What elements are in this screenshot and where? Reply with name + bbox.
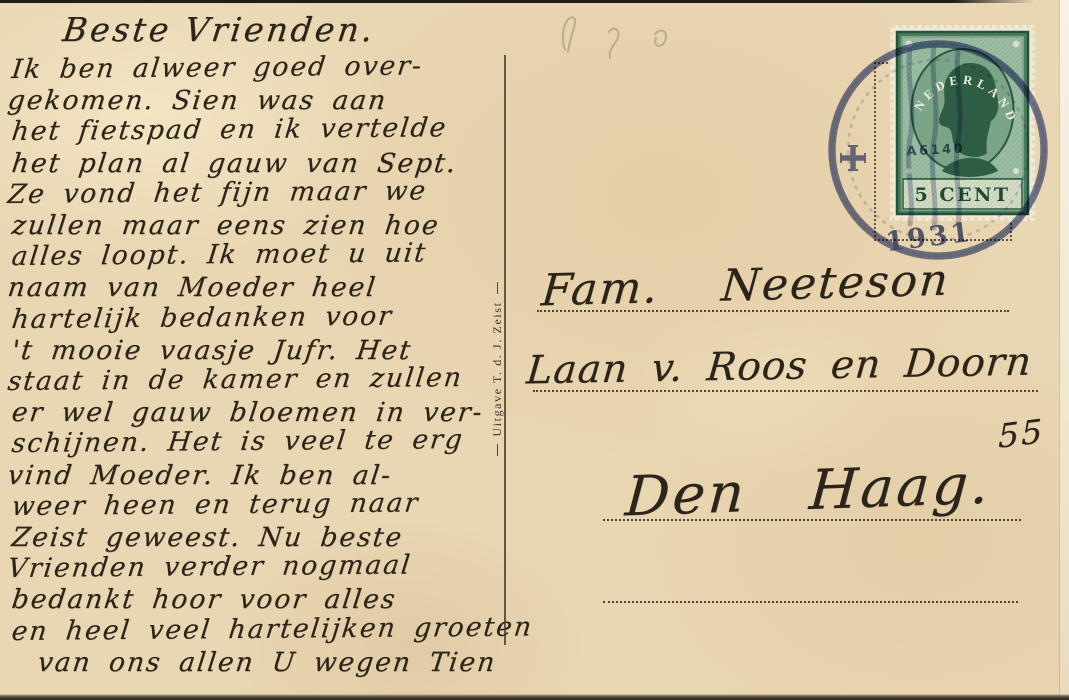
message-line: hartelijk bedanken voor (10, 299, 516, 335)
message-line: het fietspad en ik vertelde (10, 112, 516, 148)
card-bottom-edge-shadow (0, 694, 1069, 700)
imprint-end-dash (497, 444, 498, 456)
message-salutation: Beste Vrienden. (60, 6, 518, 54)
message-line: van ons allen U wegen Tien (36, 647, 516, 678)
message-line: vind Moeder. Ik ben al- (6, 460, 516, 491)
message-line: alles loopt. Ik moet u uit (10, 237, 516, 273)
postmark-overlay: A6140 1931 (818, 20, 1063, 272)
imprint-end-dash (497, 282, 498, 294)
address-house-number: 55 (998, 411, 1045, 455)
message-line: Ze vond het fijn maar we (6, 174, 516, 210)
message-line: en heel veel hartelijken groeten (10, 611, 516, 647)
postmark-cross-icon (841, 146, 865, 170)
address-city: Den Haag. (623, 452, 993, 529)
message-line: staat in de kamer en zullen (6, 362, 516, 398)
address-rule (603, 601, 1018, 603)
publisher-imprint-text: Uitgave T. d. J. Zeist (490, 301, 505, 436)
message-line: Vrienden verder nogmaal (6, 549, 516, 585)
address-street: Laan v. Roos en Doorn (525, 340, 1034, 394)
message-line: het plan al gauw van Sept. (10, 148, 516, 179)
message-line: weer heen en terug naar (10, 486, 516, 522)
message-line: Ik ben alweer goed over- (10, 50, 516, 86)
card-top-edge-shadow (0, 0, 1035, 3)
message-line: naam van Moeder heel (6, 272, 516, 303)
message-side: Beste Vrienden. Ik ben alweer goed over-… (10, 6, 512, 678)
message-line: bedankt hoor voor alles (10, 584, 516, 615)
pencil-scribble-mark (543, 6, 703, 64)
cancel-wavy-lines (909, 46, 961, 228)
publisher-imprint: Uitgave T. d. J. Zeist (489, 264, 505, 474)
postcard-scan: Beste Vrienden. Ik ben alweer goed over-… (0, 0, 1069, 700)
message-line: schijnen. Het is veel te erg (10, 424, 516, 460)
postmark-cancel-code: A6140 (906, 141, 965, 159)
